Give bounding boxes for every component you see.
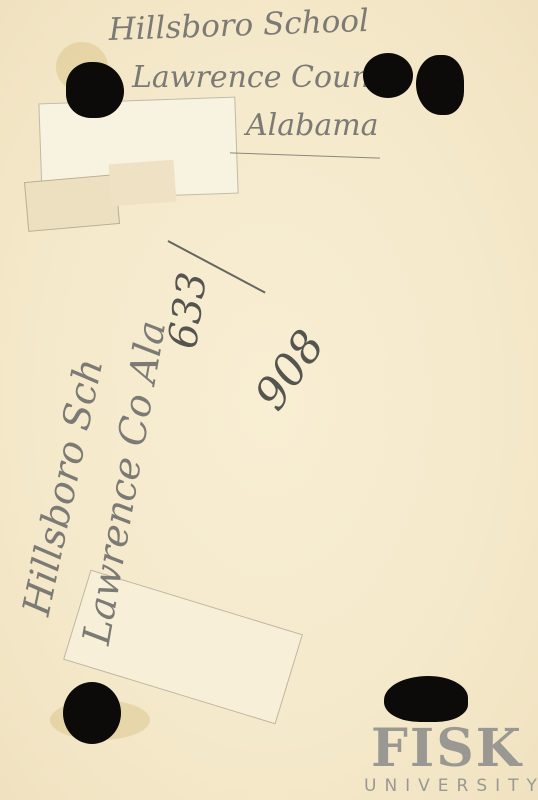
handwriting-top-line2: Lawrence County [132, 60, 400, 95]
adhesive-spot-top-left [66, 62, 124, 118]
tape-remnant-left [24, 174, 120, 232]
handwriting-number-908: 908 [245, 321, 335, 419]
tape-remnant-right [109, 160, 177, 206]
adhesive-spot-bottom-right [384, 676, 468, 722]
fisk-university-watermark: FISK UNIVERSITY [358, 722, 536, 796]
adhesive-spot-top-right [416, 55, 464, 115]
pencil-underline [230, 152, 380, 158]
photo-back-card: Hillsboro School Lawrence County Alabama… [0, 0, 538, 800]
handwriting-top-line1: Hillsboro School [108, 3, 369, 48]
handwriting-top-line3: Alabama [246, 108, 379, 143]
adhesive-spot-top-mid [363, 53, 413, 98]
handwriting-number-633: 633 [160, 269, 216, 351]
adhesive-spot-bottom-left [63, 682, 121, 744]
watermark-subtitle: UNIVERSITY [364, 776, 536, 796]
watermark-title: FISK [358, 722, 536, 776]
